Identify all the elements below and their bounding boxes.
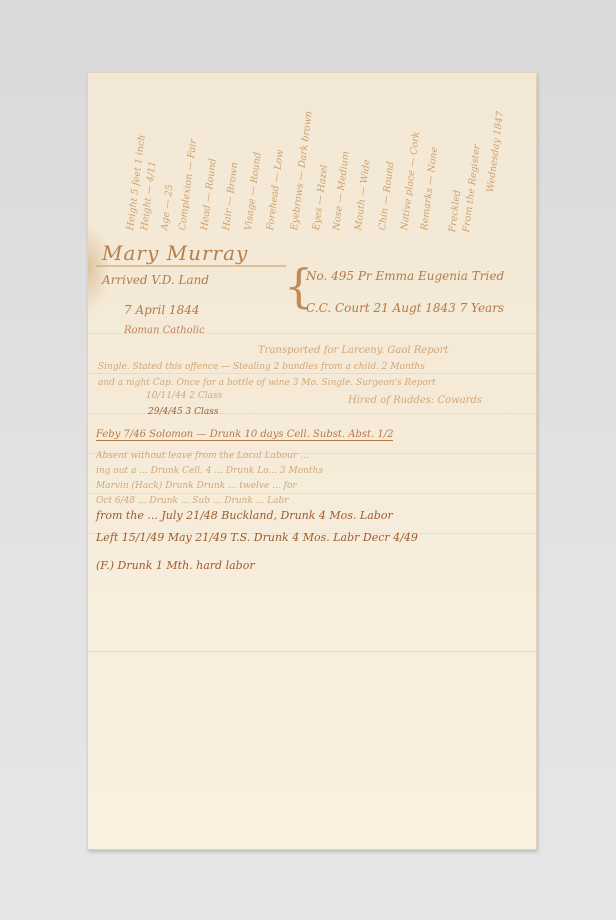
description-column: Wednesday 1847 — [496, 73, 510, 193]
conduct-entry: Absent without leave from the Local Labo… — [96, 451, 309, 461]
description-column: Chin — Round — [388, 81, 402, 231]
offence-line: Hired of Ruddes: Cowards — [348, 395, 482, 406]
description-column: Mouth — Wide — [364, 81, 378, 231]
conduct-entry: Oct 6/48 ... Drunk ... Sub ... Drunk ...… — [96, 496, 289, 506]
water-stain — [88, 223, 110, 313]
conduct-entry: (F.) Drunk 1 Mth. hard labor — [96, 559, 255, 572]
conduct-entry: Feby 7/46 Solomon — Drunk 10 days Cell. … — [96, 429, 393, 441]
convict-name: Mary Murray — [102, 241, 248, 265]
fold-line — [88, 651, 536, 653]
name-underline — [96, 265, 286, 267]
conduct-entry: Left 15/1/49 May 21/49 T.S. Drunk 4 Mos.… — [96, 531, 418, 544]
description-column: Visage — Round — [254, 81, 268, 231]
class-date: 10/11/44 2 Class — [146, 391, 222, 401]
ruled-line — [88, 493, 536, 494]
description-column: Forehead — Low — [276, 81, 290, 231]
sentence-ship: No. 495 Pr Emma Eugenia Tried — [306, 269, 504, 283]
description-column: Hair — Brown — [232, 81, 246, 231]
description-column: Head — Round — [210, 81, 224, 231]
religion: Roman Catholic — [124, 325, 205, 336]
conduct-entry: Marvin (Hack) Drunk Drunk ... twelve ...… — [96, 481, 297, 491]
class-date: 29/4/45 3 Class — [148, 407, 219, 417]
ruled-line — [88, 373, 536, 374]
description-column: Complexion — Fair — [188, 81, 202, 231]
description-column: Nose — Medium — [342, 81, 356, 231]
conduct-entry: from the ... July 21/48 Buckland, Drunk … — [96, 509, 393, 522]
description-column: Eyebrows — Dark brown — [300, 81, 314, 231]
offence-line: and a night Cap. Once for a bottle of wi… — [98, 378, 436, 388]
description-column: Remarks — None — [430, 81, 444, 231]
offence-line: Transported for Larceny. Gaol Report — [258, 345, 448, 356]
description-column: From the Register — [472, 143, 486, 233]
conduct-entry: ing out a ... Drunk Cell. 4 ... Drunk Lo… — [96, 466, 323, 476]
document-page: Height 5 feet 1 inch Height — 4/11 Age —… — [87, 72, 537, 850]
arrival-line: Arrived V.D. Land — [102, 273, 209, 287]
arrival-date: 7 April 1844 — [124, 303, 200, 317]
offence-line: Single. Stated this offence — Stealing 2… — [98, 362, 425, 372]
sentence-court: C.C. Court 21 Augt 1843 7 Years — [306, 301, 504, 315]
